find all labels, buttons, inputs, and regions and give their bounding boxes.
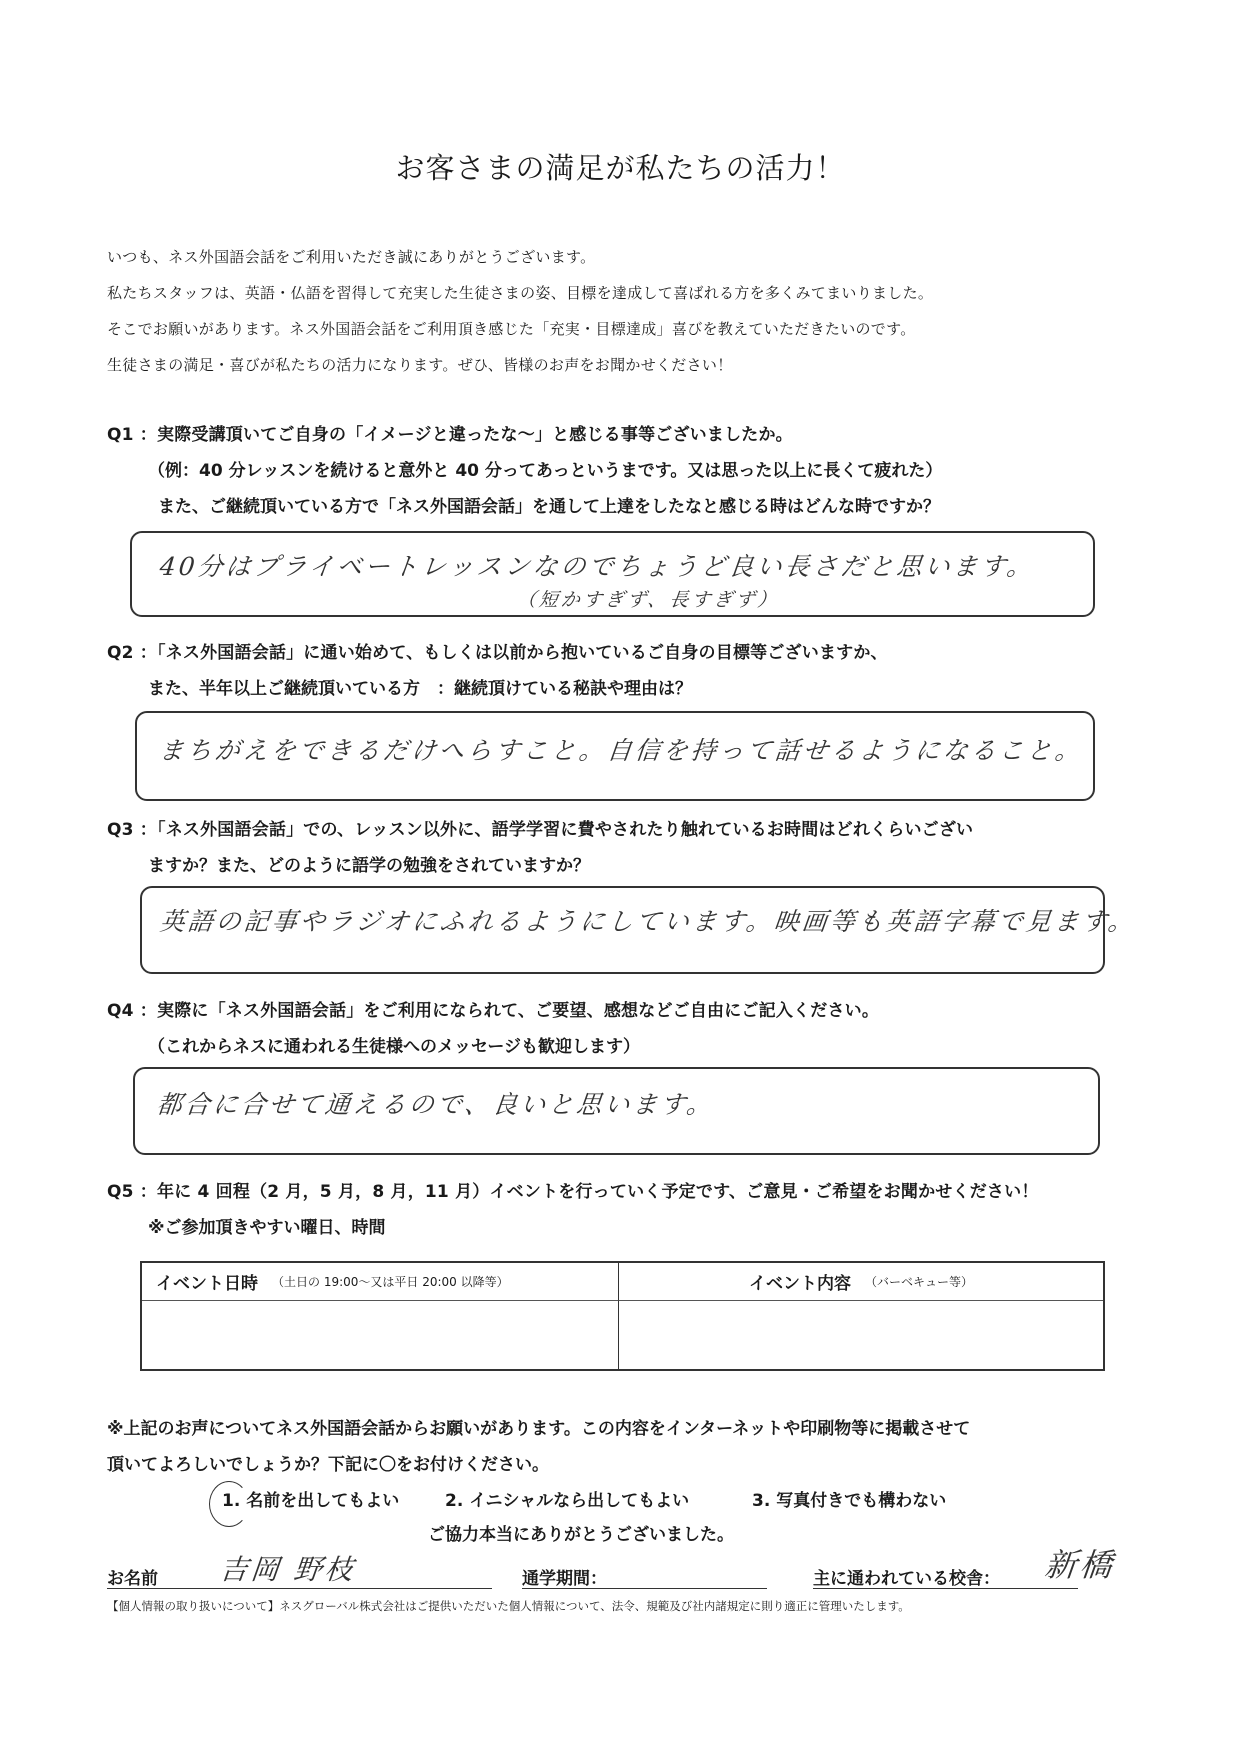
- name-underline: [107, 1588, 492, 1589]
- permission-line-1: ※上記のお声についてネス外国語会話からお願いがあります。この内容をインターネット…: [107, 1414, 970, 1439]
- q2-line-1: Q2 ：「ネス外国語会話」に通い始めて、もしくは以前から抱いているご自身の目標等…: [107, 638, 888, 663]
- q2-answer-line-1: まちがえをできるだけへらすこと。自信を持って話せるようになること。: [157, 731, 1085, 767]
- q2-answer-box[interactable]: まちがえをできるだけへらすこと。自信を持って話せるようになること。: [135, 711, 1095, 801]
- q2-line-2: また、半年以上ご継続頂いている方 ：継続頂けている秘訣や理由は？: [148, 674, 692, 699]
- event-content-header-label: イベント内容: [749, 1269, 851, 1294]
- period-label: 通学期間：: [522, 1564, 607, 1589]
- school-value[interactable]: 新橋: [1043, 1540, 1118, 1586]
- q1-line-1: Q1 ：実際受講頂いてご自身の「イメージと違ったな～」と感じる事等ございましたか…: [107, 420, 793, 445]
- school-label: 主に通われている校舎：: [813, 1564, 1000, 1589]
- intro-line-2: 私たちスタッフは、英語・仏語を習得して充実した生徒さまの姿、目標を達成して喜ばれ…: [107, 282, 933, 303]
- intro-line-4: 生徒さまの満足・喜びが私たちの活力になります。ぜひ、皆様のお声をお聞かせください…: [107, 354, 733, 375]
- q1-line-2: （例：40 分レッスンを続けると意外と 40 分ってあっというまです。又は思った…: [148, 456, 942, 481]
- q3-answer-line-1: 英語の記事やラジオにふれるようにしています。映画等も英語字幕で見ます。: [158, 902, 1138, 938]
- event-datetime-input[interactable]: [142, 1301, 619, 1369]
- option-photo-ok[interactable]: 3. 写真付きでも構わない: [752, 1486, 946, 1511]
- intro-line-3: そこでお願いがあります。ネス外国語会話をご利用頂き感じた「充実・目標達成」喜びを…: [107, 318, 916, 339]
- event-content-header: イベント内容 （バーベキュー等）: [619, 1263, 1103, 1301]
- privacy-notice: 【個人情報の取り扱いについて】ネスグローバル株式会社はご提供いただいた個人情報に…: [107, 1598, 910, 1614]
- event-datetime-header: イベント日時 （土日の 19:00～又は平日 20:00 以降等）: [142, 1263, 619, 1301]
- intro-line-1: いつも、ネス外国語会話をご利用いただき誠にありがとうございます。: [107, 246, 595, 267]
- q5-line-2: ※ご参加頂きやすい曜日、時間: [148, 1213, 386, 1238]
- name-label: お名前: [107, 1564, 158, 1589]
- q3-answer-box[interactable]: 英語の記事やラジオにふれるようにしています。映画等も英語字幕で見ます。: [140, 886, 1105, 974]
- event-datetime-header-label: イベント日時: [156, 1269, 258, 1294]
- q1-answer-line-2: （短かすぎず、長すぎず）: [516, 585, 781, 612]
- thanks-message: ご協力本当にありがとうございました。: [428, 1520, 734, 1545]
- page-title: お客さまの満足が私たちの活力！: [0, 146, 1241, 187]
- q4-line-1: Q4 ：実際に「ネス外国語会話」をご利用になられて、ご要望、感想などご自由にご記…: [107, 996, 879, 1021]
- q4-answer-box[interactable]: 都合に合せて通えるので、良いと思います。: [133, 1067, 1100, 1155]
- q4-line-2: （これからネスに通われる生徒様へのメッセージも歓迎します）: [148, 1032, 640, 1057]
- q3-line-1: Q3 ：「ネス外国語会話」での、レッスン以外に、語学学習に費やされたり触れている…: [107, 815, 973, 840]
- option-name-ok[interactable]: 1. 名前を出してもよい: [222, 1486, 399, 1511]
- q3-line-2: ますか？また、どのように語学の勉強をされていますか？: [148, 851, 590, 876]
- event-content-header-note: （バーベキュー等）: [865, 1273, 973, 1290]
- q4-answer-line-1: 都合に合せて通えるので、良いと思います。: [155, 1085, 716, 1121]
- name-value[interactable]: 吉岡 野枝: [218, 1548, 358, 1588]
- event-datetime-header-note: （土日の 19:00～又は平日 20:00 以降等）: [272, 1273, 509, 1290]
- q1-answer-box[interactable]: 40分はプライベートレッスンなのでちょうど良い長さだと思います。 （短かすぎず、…: [130, 531, 1095, 617]
- q1-answer-line-1: 40分はプライベートレッスンなのでちょうど良い長さだと思います。: [158, 547, 1037, 583]
- q5-line-1: Q5 ：年に 4 回程（2 月，5 月，8 月，11 月）イベントを行っていく予…: [107, 1177, 1039, 1202]
- event-content-input[interactable]: [619, 1301, 1103, 1369]
- permission-line-2: 頂いてよろしいでしょうか？下記に〇をお付けください。: [107, 1450, 549, 1475]
- event-table: イベント日時 （土日の 19:00～又は平日 20:00 以降等） イベント内容…: [140, 1261, 1105, 1371]
- q1-line-3: また、ご継続頂いている方で「ネス外国語会話」を通して上達をしたなと感じる時はどん…: [158, 492, 940, 517]
- period-underline: [522, 1588, 767, 1589]
- school-underline: [813, 1588, 1078, 1589]
- option-initials-ok[interactable]: 2. イニシャルなら出してもよい: [445, 1486, 689, 1511]
